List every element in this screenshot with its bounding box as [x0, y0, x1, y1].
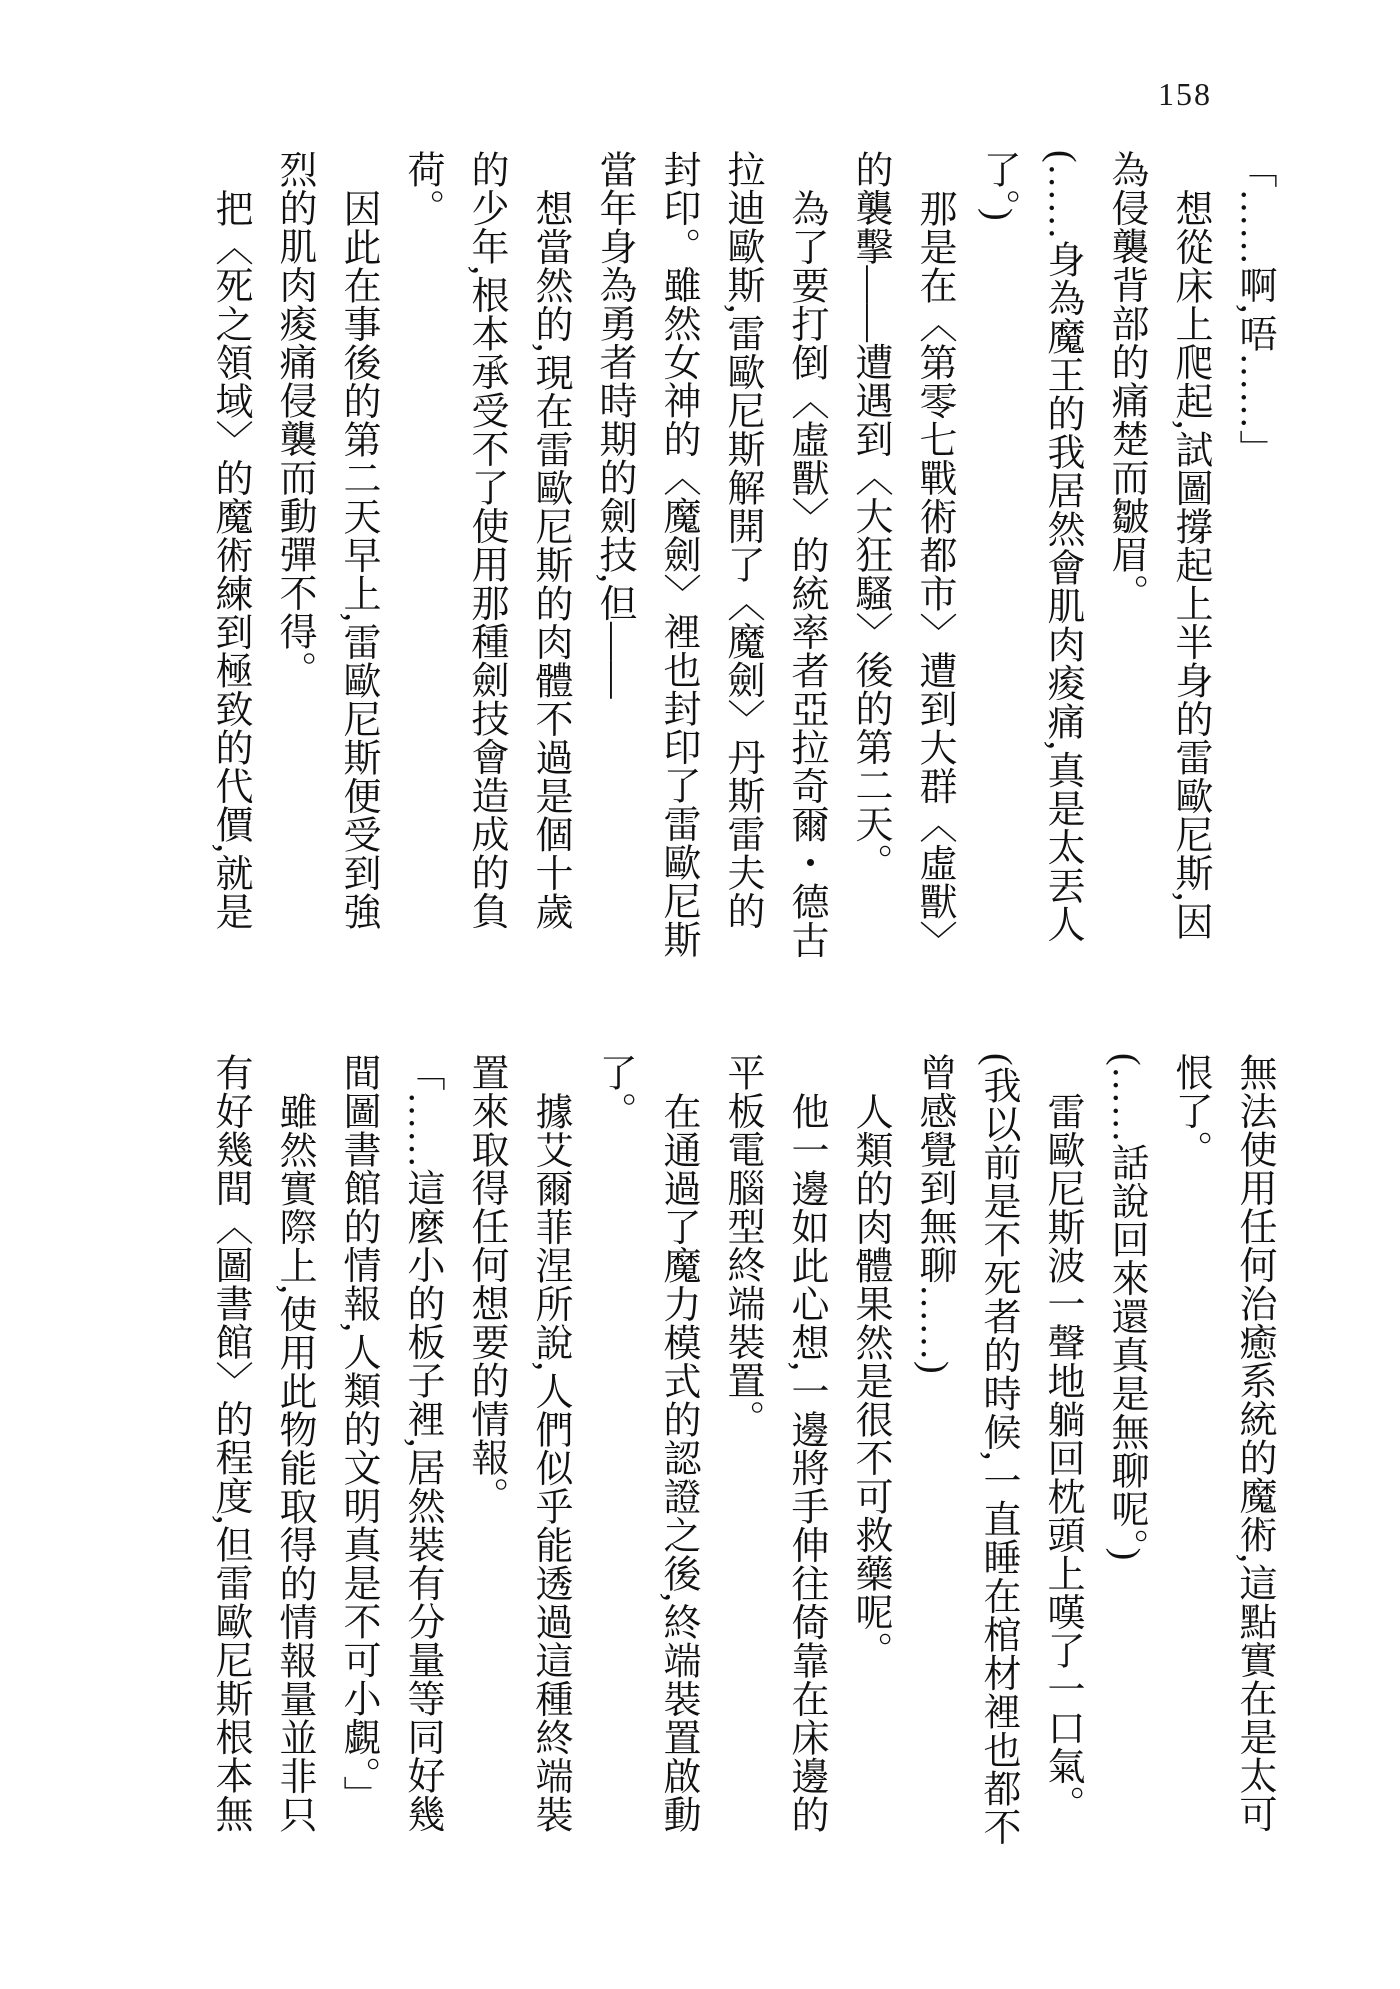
paragraph: 想當然的,現在雷歐尼斯的肉體不過是個十歲的少年,根本承受不了使用那種劍技會造成的… — [390, 150, 582, 962]
vertical-text-band-top: 「……啊,唔……」想從床上爬起,試圖撐起上半身的雷歐尼斯,因為侵襲背部的痛楚而皺… — [196, 150, 1286, 962]
paragraph: 想從床上爬起,試圖撐起上半身的雷歐尼斯,因為侵襲背部的痛楚而皺眉。 — [1094, 150, 1222, 962]
paragraph: 人類的肉體果然是很不可救藥呢。 — [838, 1053, 902, 1865]
paragraph: 據艾爾菲涅所說,人們似乎能透過這種終端裝置來取得任何想要的情報。 — [454, 1053, 582, 1865]
paragraph: 為了要打倒〈虛獸〉的統率者亞拉奇爾・德古拉迪歐斯,雷歐尼斯解開了〈魔劍〉丹斯雷夫… — [582, 150, 838, 962]
paragraph: (我以前是不死者的時候,一直睡在棺材裡也都不曾感覺到無聊……) — [902, 1053, 1030, 1865]
paragraph: 雖然實際上,使用此物能取得的情報量並非只有好幾間〈圖書館〉的程度,但雷歐尼斯根本… — [198, 1053, 326, 1865]
paragraph: 「……啊,唔……」 — [1222, 150, 1286, 962]
vertical-text-band-bottom: 無法使用任何治癒系統的魔術,這點實在是太可恨了。(……話說回來還真是無聊呢。)雷… — [196, 1053, 1286, 1865]
paragraph: 無法使用任何治癒系統的魔術,這點實在是太可恨了。 — [1158, 1053, 1286, 1865]
paragraph: 把〈死之領域〉的魔術練到極致的代價,就是 — [198, 150, 262, 962]
paragraph: 那是在〈第零七戰術都市〉遭到大群〈虛獸〉的襲擊——遭遇到〈大狂騷〉後的第二天。 — [838, 150, 966, 962]
paragraph: 因此在事後的第二天早上,雷歐尼斯便受到強烈的肌肉痠痛侵襲而動彈不得。 — [262, 150, 390, 962]
paragraph: (……身為魔王的我居然會肌肉痠痛,真是太丟人了。) — [966, 150, 1094, 962]
paragraph: 「……這麼小的板子裡,居然裝有分量等同好幾間圖書館的情報,人類的文明真是不可小覷… — [326, 1053, 454, 1865]
paragraph: 在通過了魔力模式的認證之後,終端裝置啟動了。 — [582, 1053, 710, 1865]
paragraph: (……話說回來還真是無聊呢。) — [1094, 1053, 1158, 1865]
reader-page-surface[interactable]: 158 「……啊,唔……」想從床上爬起,試圖撐起上半身的雷歐尼斯,因為侵襲背部的… — [0, 0, 1400, 1989]
page-number: 158 — [1158, 76, 1212, 113]
paragraph: 他一邊如此心想,一邊將手伸往倚靠在床邊的平板電腦型終端裝置。 — [710, 1053, 838, 1865]
paragraph: 雷歐尼斯波一聲地躺回枕頭上嘆了一口氣。 — [1030, 1053, 1094, 1865]
